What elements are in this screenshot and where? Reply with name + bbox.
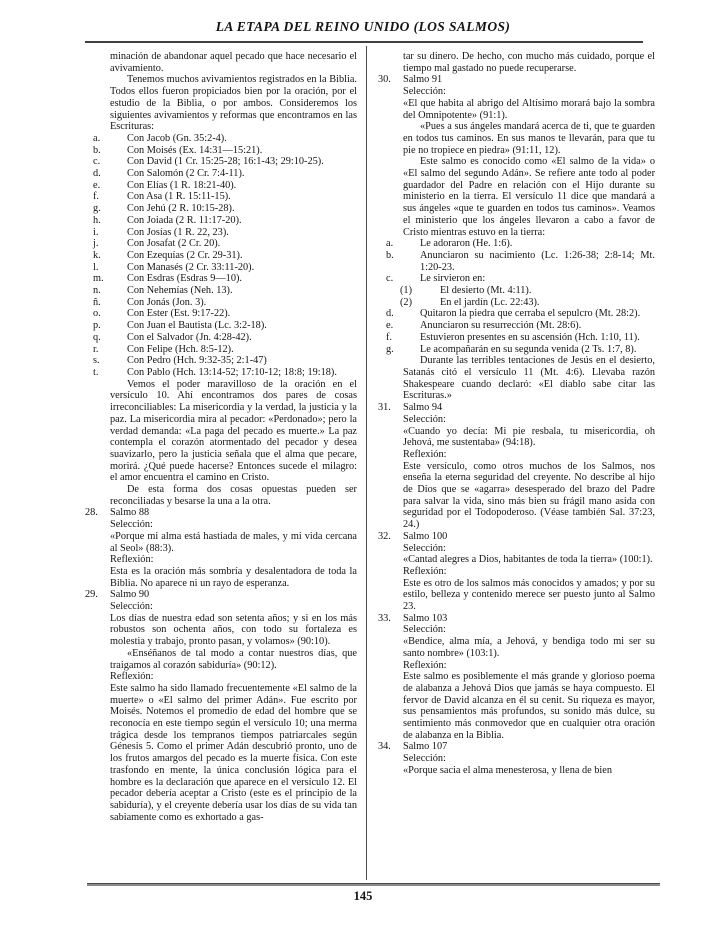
lettered-list-item: c.Con David (1 Cr. 15:25-28; 16:1-43; 29… — [110, 156, 357, 168]
lettered-list-item: i.Con Josías (1 R. 22, 23). — [110, 227, 357, 239]
text-content: Salmo 88 — [110, 507, 149, 518]
text-content: «Porque sacia el alma menesterosa, y lle… — [403, 765, 612, 776]
item-marker: g. — [403, 344, 420, 356]
item-marker: 30. — [378, 74, 403, 86]
text-content: El desierto (Mt. 4:11). — [440, 285, 531, 296]
text-content: Con Felipe (Hch. 8:5-12). — [127, 344, 234, 355]
lettered-list-item: n.Con Nehemías (Neh. 13). — [110, 285, 357, 297]
lettered-list-item: k.Con Ezequías (2 Cr. 29-31). — [110, 250, 357, 262]
paragraph-continuation: Esta es la oración más sombría y desalen… — [110, 566, 357, 589]
text-content: Con Esdras (Esdras 9—10). — [127, 273, 242, 284]
item-marker: c. — [110, 156, 127, 168]
psalm-item-heading: 31.Salmo 94 — [403, 402, 655, 414]
column-divider — [366, 46, 367, 880]
item-marker: l. — [110, 262, 127, 274]
paragraph-continuation: Este salmo es posiblemente el más grande… — [403, 671, 655, 741]
lettered-list-item: m.Con Esdras (Esdras 9—10). — [110, 273, 357, 285]
paragraph-continuation: Los días de nuestra edad son setenta año… — [110, 613, 357, 648]
paragraph: Este salmo es conocido como «El salmo de… — [403, 156, 655, 238]
text-content: Con Salomón (2 Cr. 7:4-11). — [127, 168, 244, 179]
item-marker: s. — [110, 355, 127, 367]
text-content: Con Ester (Est. 9:17-22). — [127, 308, 230, 319]
item-marker: j. — [110, 238, 127, 250]
paragraph-continuation: «Porque mi alma está hastiada de males, … — [110, 531, 357, 554]
text-content: «El que habita al abrigo del Altísimo mo… — [403, 98, 655, 121]
text-content: Selección: — [403, 624, 446, 635]
paragraph: Tenemos muchos avivamientos registrados … — [110, 74, 357, 133]
text-content: Selección: — [403, 414, 446, 425]
item-marker: p. — [110, 320, 127, 332]
text-content: Selección: — [403, 86, 446, 97]
text-content: Con Josías (1 R. 22, 23). — [127, 227, 229, 238]
psalm-item-heading: 29.Salmo 90 — [110, 589, 357, 601]
text-content: Con Jehú (2 R. 10:15-28). — [127, 203, 235, 214]
text-content: Reflexión: — [110, 554, 153, 565]
text-content: Salmo 103 — [403, 613, 447, 624]
lettered-list-item: g.Le acompañarán en su segunda venida (2… — [403, 344, 655, 356]
lettered-list-item: d.Quitaron la piedra que cerraba el sepu… — [403, 308, 655, 320]
text-content: Este es otro de los salmos más conocidos… — [403, 578, 655, 612]
text-content: Reflexión: — [403, 566, 446, 577]
section-label: Selección: — [110, 601, 357, 613]
text-content: Este salmo es conocido como «El salmo de… — [403, 156, 655, 237]
text-content: Con Elías (1 R. 18:21-40). — [127, 180, 236, 191]
section-label: Selección: — [403, 543, 655, 555]
text-content: En el jardín (Lc. 22:43). — [440, 297, 540, 308]
paragraph-continuation: minación de abandonar aquel pecado que h… — [110, 51, 357, 74]
text-content: Con Pedro (Hch. 9:32-35; 2:1-47) — [127, 355, 267, 366]
text-content: Le adoraron (He. 1:6). — [420, 238, 512, 249]
item-marker: b. — [403, 250, 420, 262]
lettered-list-item: q.Con el Salvador (Jn. 4:28-42). — [110, 332, 357, 344]
item-marker: e. — [110, 180, 127, 192]
paragraph-continuation: Este es otro de los salmos más conocidos… — [403, 578, 655, 613]
item-marker: f. — [110, 191, 127, 203]
header-rule — [85, 41, 643, 43]
section-label: Reflexión: — [403, 660, 655, 672]
text-content: Con Joiada (2 R. 11:17-20). — [127, 215, 242, 226]
lettered-list-item: ñ.Con Jonás (Jon. 3). — [110, 297, 357, 309]
text-content: Reflexión: — [403, 449, 446, 460]
paragraph: De esta forma dos cosas opuestas pueden … — [110, 484, 357, 507]
item-marker: 28. — [85, 507, 110, 519]
text-content: Con Jacob (Gn. 35:2-4). — [127, 133, 227, 144]
item-marker: 34. — [378, 741, 403, 753]
text-content: Con el Salvador (Jn. 4:28-42). — [127, 332, 252, 343]
lettered-list-item: f.Estuvieron presentes en su ascensión (… — [403, 332, 655, 344]
section-label: Selección: — [110, 519, 357, 531]
lettered-list-item: b.Con Moisés (Ex. 14:31—15:21). — [110, 145, 357, 157]
paragraph: «Pues a sus ángeles mandará acerca de ti… — [403, 121, 655, 156]
item-marker: d. — [403, 308, 420, 320]
lettered-list-item: r.Con Felipe (Hch. 8:5-12). — [110, 344, 357, 356]
text-content: Anunciaron su resurrección (Mt. 28:6). — [420, 320, 581, 331]
text-content: De esta forma dos cosas opuestas pueden … — [110, 484, 357, 507]
psalm-item-heading: 34.Salmo 107 — [403, 741, 655, 753]
item-marker: o. — [110, 308, 127, 320]
lettered-list-item: d.Con Salomón (2 Cr. 7:4-11). — [110, 168, 357, 180]
item-marker: m. — [110, 273, 127, 285]
text-content: Selección: — [403, 753, 446, 764]
item-marker: ñ. — [110, 297, 127, 309]
item-marker: 32. — [378, 531, 403, 543]
text-content: «Cuando yo decía: Mi pie resbala, tu mis… — [403, 426, 655, 449]
text-content: Quitaron la piedra que cerraba el sepulc… — [420, 308, 640, 319]
text-content: Con Nehemías (Neh. 13). — [127, 285, 233, 296]
text-content: Salmo 90 — [110, 589, 149, 600]
text-content: minación de abandonar aquel pecado que h… — [110, 51, 357, 74]
item-marker: (1) — [420, 285, 440, 297]
paragraph: «Enséñanos de tal modo a contar nuestros… — [110, 648, 357, 671]
section-label: Reflexión: — [403, 449, 655, 461]
paragraph-continuation: Este salmo ha sido llamado frecuentement… — [110, 683, 357, 823]
text-content: Reflexión: — [403, 660, 446, 671]
psalm-item-heading: 28.Salmo 88 — [110, 507, 357, 519]
text-content: Este versículo, como otros muchos de los… — [403, 461, 655, 531]
paragraph-continuation: «Cantad alegres a Dios, habitantes de to… — [403, 554, 655, 566]
text-content: Vemos el poder maravilloso de la oración… — [110, 379, 357, 484]
paragraph-continuation: «El que habita al abrigo del Altísimo mo… — [403, 98, 655, 121]
paragraph-continuation: «Porque sacia el alma menesterosa, y lle… — [403, 765, 655, 777]
item-marker: c. — [403, 273, 420, 285]
item-marker: t. — [110, 367, 127, 379]
item-marker: a. — [403, 238, 420, 250]
text-content: Reflexión: — [110, 671, 153, 682]
text-content: Este salmo ha sido llamado frecuentement… — [110, 683, 357, 823]
item-marker: k. — [110, 250, 127, 262]
book-page: LA ETAPA DEL REINO UNIDO (LOS SALMOS) mi… — [0, 0, 726, 936]
section-label: Selección: — [403, 86, 655, 98]
text-content: Salmo 91 — [403, 74, 442, 85]
text-content: «Cantad alegres a Dios, habitantes de to… — [403, 554, 653, 565]
right-column: tar su dinero. De hecho, con mucho más c… — [378, 51, 655, 777]
item-marker: i. — [110, 227, 127, 239]
footer-rule — [87, 883, 660, 886]
item-marker: g. — [110, 203, 127, 215]
text-content: Tenemos muchos avivamientos registrados … — [110, 74, 357, 132]
text-content: Selección: — [403, 543, 446, 554]
lettered-list-item: o.Con Ester (Est. 9:17-22). — [110, 308, 357, 320]
item-marker: b. — [110, 145, 127, 157]
page-title: LA ETAPA DEL REINO UNIDO (LOS SALMOS) — [0, 19, 726, 35]
item-marker: e. — [403, 320, 420, 332]
text-content: Con Asa (1 R. 15:11-15). — [127, 191, 231, 202]
lettered-list-item: e.Anunciaron su resurrección (Mt. 28:6). — [403, 320, 655, 332]
text-content: Con Pablo (Hch. 13:14-52; 17:10-12; 18:8… — [127, 367, 337, 378]
paragraph-continuation: Este versículo, como otros muchos de los… — [403, 461, 655, 531]
section-label: Selección: — [403, 624, 655, 636]
text-content: Esta es la oración más sombría y desalen… — [110, 566, 357, 589]
lettered-list-item: h.Con Joiada (2 R. 11:17-20). — [110, 215, 357, 227]
section-label: Reflexión: — [110, 554, 357, 566]
section-label: Reflexión: — [403, 566, 655, 578]
lettered-list-item: a.Le adoraron (He. 1:6). — [403, 238, 655, 250]
lettered-list-item: j.Con Josafat (2 Cr. 20). — [110, 238, 357, 250]
lettered-list-item: a.Con Jacob (Gn. 35:2-4). — [110, 133, 357, 145]
text-content: Salmo 100 — [403, 531, 447, 542]
text-content: Con Jonás (Jon. 3). — [127, 297, 206, 308]
item-marker: n. — [110, 285, 127, 297]
section-label: Reflexión: — [110, 671, 357, 683]
text-content: Con Moisés (Ex. 14:31—15:21). — [127, 145, 262, 156]
text-content: «Porque mi alma está hastiada de males, … — [110, 531, 357, 554]
psalm-item-heading: 33.Salmo 103 — [403, 613, 655, 625]
text-content: Anunciaron su nacimiento (Lc. 1:26-38; 2… — [420, 250, 655, 273]
page-number: 145 — [0, 889, 726, 904]
psalm-item-heading: 32.Salmo 100 — [403, 531, 655, 543]
numbered-sub-item: (2)En el jardín (Lc. 22:43). — [420, 297, 655, 309]
text-content: Este salmo es posiblemente el más grande… — [403, 671, 655, 741]
psalm-item-heading: 30.Salmo 91 — [403, 74, 655, 86]
text-content: Salmo 94 — [403, 402, 442, 413]
left-column: minación de abandonar aquel pecado que h… — [85, 51, 357, 823]
text-content: Estuvieron presentes en su ascensión (Hc… — [420, 332, 640, 343]
paragraph: Durante las terribles tentaciones de Jes… — [403, 355, 655, 402]
lettered-list-item: p.Con Juan el Bautista (Lc. 3:2-18). — [110, 320, 357, 332]
text-content: Con Josafat (2 Cr. 20). — [127, 238, 220, 249]
item-marker: r. — [110, 344, 127, 356]
paragraph-continuation: «Bendice, alma mía, a Jehová, y bendiga … — [403, 636, 655, 659]
lettered-list-item: t.Con Pablo (Hch. 13:14-52; 17:10-12; 18… — [110, 367, 357, 379]
lettered-list-item: c.Le sirvieron en: — [403, 273, 655, 285]
text-content: «Bendice, alma mía, a Jehová, y bendiga … — [403, 636, 655, 659]
item-marker: 31. — [378, 402, 403, 414]
section-label: Selección: — [403, 753, 655, 765]
text-content: Con Juan el Bautista (Lc. 3:2-18). — [127, 320, 267, 331]
paragraph-continuation: tar su dinero. De hecho, con mucho más c… — [403, 51, 655, 74]
lettered-list-item: e.Con Elías (1 R. 18:21-40). — [110, 180, 357, 192]
lettered-list-item: s.Con Pedro (Hch. 9:32-35; 2:1-47) — [110, 355, 357, 367]
item-marker: q. — [110, 332, 127, 344]
item-marker: 29. — [85, 589, 110, 601]
text-content: «Enséñanos de tal modo a contar nuestros… — [110, 648, 357, 671]
item-marker: d. — [110, 168, 127, 180]
item-marker: a. — [110, 133, 127, 145]
text-content: Durante las terribles tentaciones de Jes… — [403, 355, 655, 401]
text-content: «Pues a sus ángeles mandará acerca de ti… — [403, 121, 655, 155]
paragraph-continuation: «Cuando yo decía: Mi pie resbala, tu mis… — [403, 426, 655, 449]
item-marker: 33. — [378, 613, 403, 625]
text-content: Salmo 107 — [403, 741, 447, 752]
section-label: Selección: — [403, 414, 655, 426]
text-content: Con Ezequías (2 Cr. 29-31). — [127, 250, 243, 261]
paragraph: Vemos el poder maravilloso de la oración… — [110, 379, 357, 484]
text-content: Los días de nuestra edad son setenta año… — [110, 613, 357, 647]
lettered-list-item: b.Anunciaron su nacimiento (Lc. 1:26-38;… — [403, 250, 655, 273]
text-content: Con David (1 Cr. 15:25-28; 16:1-43; 29:1… — [127, 156, 324, 167]
text-content: tar su dinero. De hecho, con mucho más c… — [403, 51, 655, 74]
lettered-list-item: g.Con Jehú (2 R. 10:15-28). — [110, 203, 357, 215]
numbered-sub-item: (1)El desierto (Mt. 4:11). — [420, 285, 655, 297]
lettered-list-item: l.Con Manasés (2 Cr. 33:11-20). — [110, 262, 357, 274]
item-marker: f. — [403, 332, 420, 344]
lettered-list-item: f.Con Asa (1 R. 15:11-15). — [110, 191, 357, 203]
item-marker: (2) — [420, 297, 440, 309]
text-content: Selección: — [110, 601, 153, 612]
text-content: Con Manasés (2 Cr. 33:11-20). — [127, 262, 254, 273]
item-marker: h. — [110, 215, 127, 227]
text-content: Le sirvieron en: — [420, 273, 485, 284]
text-content: Le acompañarán en su segunda venida (2 T… — [420, 344, 636, 355]
text-content: Selección: — [110, 519, 153, 530]
